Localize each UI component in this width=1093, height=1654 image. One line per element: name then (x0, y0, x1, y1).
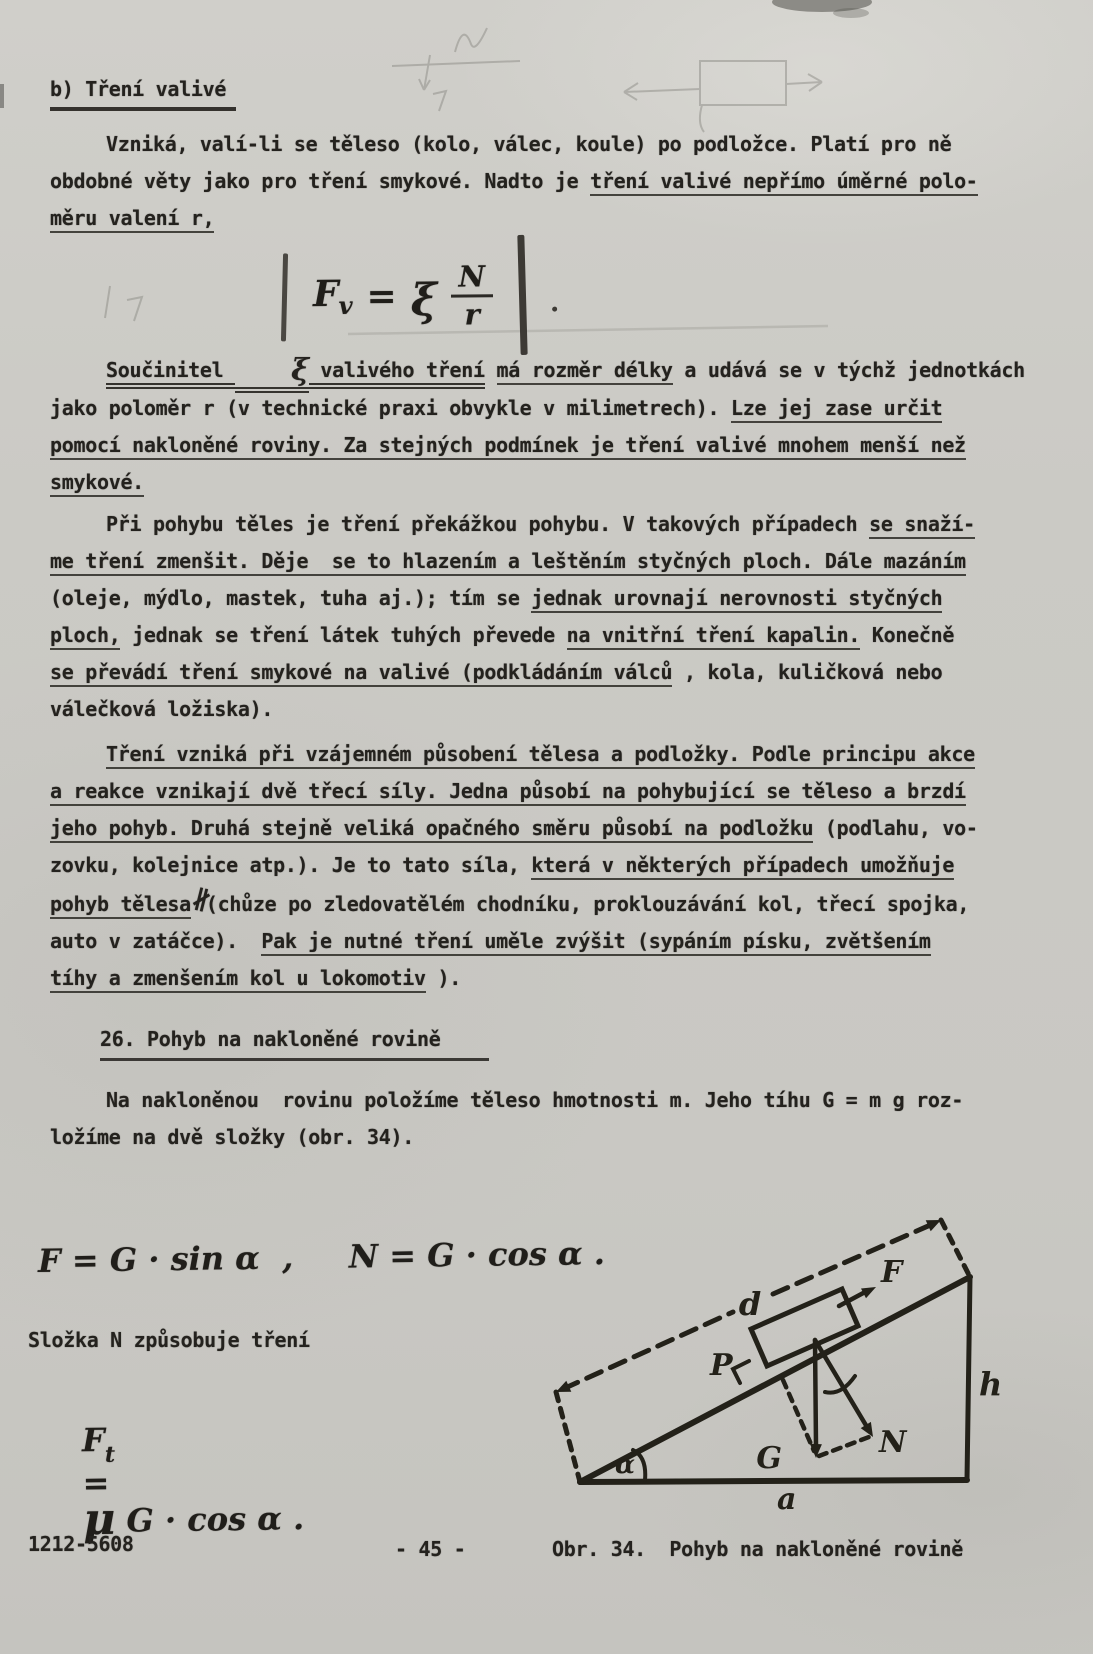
underlined-text: se snaží- (869, 512, 975, 539)
underlined-text: Součinitel (106, 358, 235, 389)
text-segment: ∦ (187, 880, 211, 920)
text-line: jeho pohyb. Druhá stejně veliká opačného… (50, 810, 978, 847)
text-line: Na nakloněnou rovinu položíme těleso hmo… (50, 1082, 963, 1119)
text-segment: (oleje, mýdlo, mastek, tuha aj.); tím se (50, 586, 531, 610)
text-segment: válečková ložiska). (50, 697, 273, 721)
text-line: Součinitel ξ valivého tření má rozměr dé… (50, 352, 1025, 390)
underlined-text: pomocí nakloněné roviny. Za stejných pod… (50, 433, 966, 460)
label-G: G (756, 1441, 782, 1476)
inclined-plane-figure: d F P h N G α a (505, 1160, 1065, 1520)
text-line: obdobné věty jako pro tření smykové. Nad… (50, 163, 978, 200)
text-segment: jako poloměr r (v technické praxi obvykl… (50, 396, 731, 420)
xi-coefficient: ξ (410, 274, 437, 325)
text-line: me tření zmenšit. Děje se to hlazením a … (50, 543, 975, 580)
text-segment: jednak se tření látek tuhých převede (120, 623, 566, 647)
formula-lhs: Fv (313, 273, 353, 321)
label-h: h (979, 1365, 1002, 1403)
underlined-text: má rozměr délky (497, 358, 673, 385)
text-line: auto v zatáčce). Pak je nutné tření uměl… (50, 923, 978, 960)
normal-N-arrow (815, 1340, 867, 1427)
text-segment: , kola, kuličková nebo (672, 660, 942, 684)
text-line: ploch, jednak se tření látek tuhých přev… (50, 617, 975, 654)
distance-d-line (773, 1223, 935, 1294)
text-line: jako poloměr r (v technické praxi obvykl… (50, 390, 1025, 427)
ink-dot (552, 306, 557, 311)
fraction-N-over-r: N r (450, 261, 493, 329)
underlined-text: Pak je nutné tření uměle zvýšit (sypáním… (261, 929, 930, 956)
underlined-text: na vnitřní tření kapalin. (567, 623, 861, 650)
underlined-text: ξ (235, 356, 308, 393)
underlined-text: jeho pohyb. (50, 816, 191, 843)
formula-left-bar (281, 253, 288, 341)
text-line: ložíme na dvě složky (obr. 34). (50, 1119, 963, 1156)
symbol-F: F (313, 273, 339, 315)
fraction-numerator: N (450, 261, 493, 297)
text-line: pomocí nakloněné roviny. Za stejných pod… (50, 427, 1025, 464)
underlined-text: jednak urovnají nerovnosti styčných (531, 586, 942, 613)
text-line: Tření vzniká při vzájemném působení těle… (50, 736, 978, 773)
block-outline (751, 1289, 858, 1366)
text-line: měru valení r, (50, 200, 978, 237)
paragraph-action-reaction: Tření vzniká při vzájemném působení těle… (50, 736, 978, 997)
underlined-text: me tření zmenšit. Děje se to hlazením a … (50, 549, 966, 576)
underlined-text: Lze jej zase určit (731, 396, 942, 423)
text-segment: a udává se v týchž jednotkách (673, 358, 1025, 382)
text-line: zovku, kolejnice atp.). Je to tato síla,… (50, 847, 978, 884)
text-line: Vzniká, valí-li se těleso (kolo, válec, … (50, 126, 978, 163)
text-segment: Při pohybu těles je tření překážkou pohy… (106, 512, 869, 536)
formula-right-bar (518, 235, 528, 355)
equals-sign: = (366, 275, 397, 317)
underlined-text: tíhy a zmenšením kol u lokomotiv (50, 966, 426, 993)
friction-note-text: Složka N způsobuje tření (28, 1328, 310, 1352)
label-N: N (878, 1425, 908, 1460)
underlined-text: Druhá stejně veliká opačného směru působ… (191, 816, 813, 843)
text-line: pohyb tělesa∦(chůze po zledovatělém chod… (50, 884, 978, 923)
document-page: b) Tření valivé Vzniká, valí-li se těles… (0, 0, 1093, 1654)
section-heading-rolling-friction: b) Tření valivé (50, 76, 236, 111)
section-heading-inclined-plane: 26. Pohyb na nakloněné rovině (100, 1026, 489, 1061)
formula-rest: G · cos α . (115, 1500, 304, 1541)
distance-d-line (563, 1312, 733, 1389)
text-segment: Konečně (860, 623, 954, 647)
scan-edge-mark (0, 84, 4, 108)
block-step-bracket (733, 1361, 749, 1383)
label-a: a (777, 1482, 796, 1517)
text-line: tíhy a zmenšením kol u lokomotiv ). (50, 960, 978, 997)
underlined-text: ploch, (50, 623, 120, 650)
formula-rolling-friction: Fv = ξ N r (281, 235, 558, 358)
text-segment: Na nakloněnou rovinu položíme těleso hmo… (106, 1088, 963, 1112)
text-segment: auto v zatáčce). (50, 929, 261, 953)
text-line: válečková ložiska). (50, 691, 975, 728)
parallelogram-dashed-side (819, 1437, 869, 1456)
text-segment: zovku, kolejnice atp.). Je to tato síla, (50, 853, 531, 877)
text-line: Při pohybu těles je tření překážkou pohy… (50, 506, 975, 543)
page-number: - 45 - (395, 1537, 465, 1561)
scan-smudge (833, 8, 869, 18)
paragraph-inclined-plane-intro: Na nakloněnou rovinu položíme těleso hmo… (50, 1082, 963, 1156)
text-line: se převádí tření smykové na valivé (podk… (50, 654, 975, 691)
d-projection-right-dashed (941, 1220, 970, 1277)
fraction-denominator: r (464, 297, 480, 330)
formula-content: Fv = ξ N r (313, 261, 494, 331)
text-line: a reakce vznikají dvě třecí síly. Jedna … (50, 773, 978, 810)
text-segment: ložíme na dvě složky (obr. 34). (50, 1125, 414, 1149)
text-segment: Vzniká, valí-li se těleso (kolo, válec, … (106, 132, 951, 156)
subscript-t: t (105, 1442, 116, 1468)
label-alpha: α (615, 1450, 635, 1480)
underlined-text: valivého tření (309, 358, 485, 389)
text-segment: (chůze po zledovatělém chodníku, proklou… (206, 892, 969, 916)
underlined-text: a reakce vznikají dvě třecí síly. Jedna … (50, 779, 966, 806)
label-P: P (709, 1348, 734, 1383)
text-line: smykové. (50, 464, 1025, 501)
paragraph-reducing-friction: Při pohybu těles je tření překážkou pohy… (50, 506, 975, 728)
triangle-height-line (967, 1277, 970, 1480)
label-d: d (739, 1285, 761, 1323)
underlined-text: měru valení r, (50, 206, 214, 233)
text-segment: obdobné věty jako pro tření smykové. Nad… (50, 169, 590, 193)
triangle-base-line (580, 1480, 967, 1482)
underlined-text: pohyb tělesa (50, 892, 191, 919)
text-segment: (podlahu, vo- (813, 816, 977, 840)
parallelogram-dashed-side (783, 1380, 814, 1451)
underlined-text: která v některých případech umožňuje (531, 853, 954, 880)
scan-smudge (772, 0, 872, 12)
text-line: (oleje, mýdlo, mastek, tuha aj.); tím se… (50, 580, 975, 617)
F-arrowhead (861, 1287, 876, 1298)
underlined-text: smykové. (50, 470, 144, 497)
figure-caption: Obr. 34. Pohyb na nakloněné rovině (552, 1537, 963, 1561)
weight-G-arrow (815, 1340, 816, 1446)
underlined-text: tření valivé nepřímo úměrné polo- (590, 169, 977, 196)
paragraph-rolling-friction-intro: Vzniká, valí-li se těleso (kolo, válec, … (50, 126, 978, 237)
text-segment: ). (426, 966, 461, 990)
underlined-text: Tření vzniká při vzájemném působení těle… (106, 742, 975, 769)
text-segment (485, 358, 497, 382)
document-number: 1212-5608 (28, 1532, 134, 1556)
subscript-v: v (339, 291, 353, 320)
label-F: F (880, 1255, 905, 1290)
d-projection-left-dashed (556, 1392, 580, 1482)
section-rolling-friction-heading-wrap: b) Tření valivé (50, 76, 236, 111)
paragraph-coefficient: Součinitel ξ valivého tření má rozměr dé… (50, 352, 1025, 501)
underlined-text: se převádí tření smykové na valivé (podk… (50, 660, 672, 687)
symbol-F: F (82, 1421, 105, 1459)
section-inclined-plane-heading-wrap: 26. Pohyb na nakloněné rovině (100, 1026, 489, 1061)
